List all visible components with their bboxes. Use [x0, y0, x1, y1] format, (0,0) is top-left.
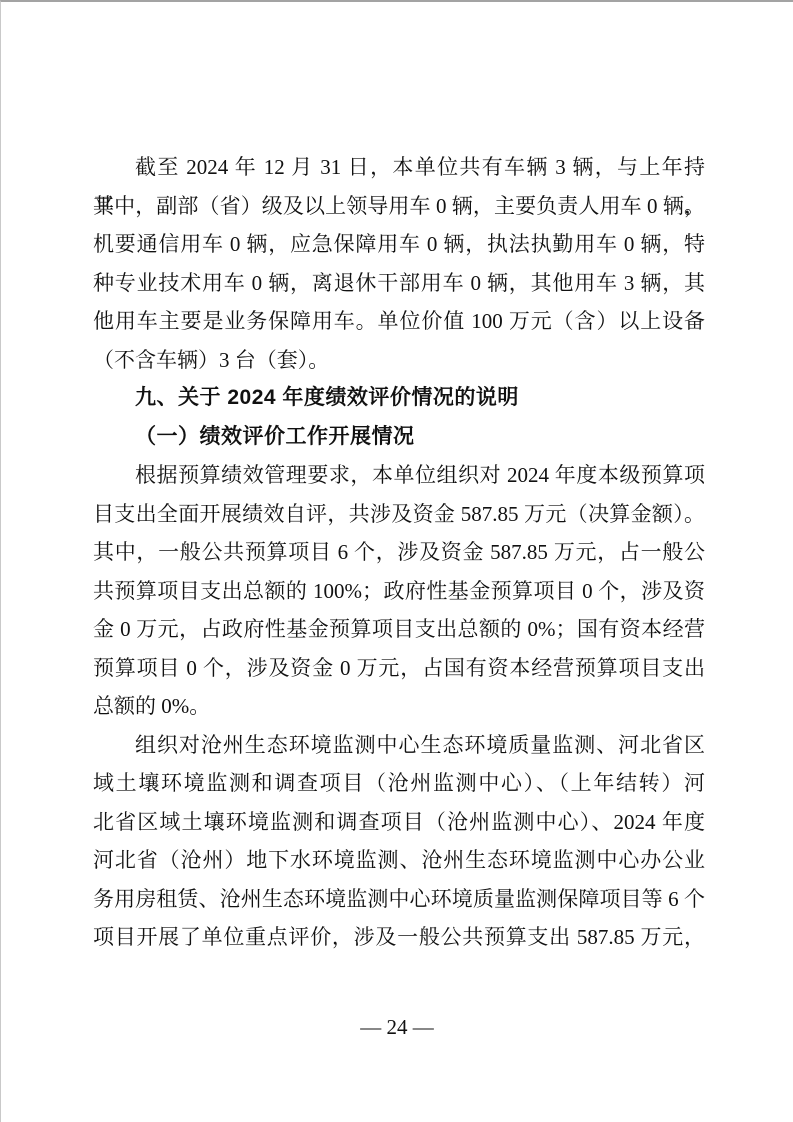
text-line: 他用车主要是业务保障用车。单位价值 100 万元（含）以上设备	[93, 302, 705, 341]
page-number: — 24 —	[360, 1015, 434, 1039]
text-line: 其中，一般公共预算项目 6 个，涉及资金 587.85 万元，占一般公	[93, 533, 705, 572]
text-line: 务用房租赁、沧州生态环境监测中心环境质量监测保障项目等 6 个	[93, 880, 705, 919]
text-line: 种专业技术用车 0 辆，离退休干部用车 0 辆，其他用车 3 辆，其	[93, 264, 705, 303]
para-vehicles-equipment: 截至 2024 年 12 月 31 日，本单位共有车辆 3 辆，与上年持平。其中…	[93, 148, 705, 379]
text-line: 域土壤环境监测和调查项目（沧州监测中心）、（上年结转）河	[93, 764, 705, 803]
text-line: 项目开展了单位重点评价，涉及一般公共预算支出 587.85 万元，	[93, 918, 705, 957]
text-line: 预算项目 0 个，涉及资金 0 万元，占国有资本经营预算项目支出	[93, 649, 705, 688]
text-line: 其中，副部（省）级及以上领导用车 0 辆，主要负责人用车 0 辆，	[93, 187, 705, 226]
text-line: 目支出全面开展绩效自评，共涉及资金 587.85 万元（决算金额）。	[93, 495, 705, 534]
text-line: 组织对沧州生态环境监测中心生态环境质量监测、河北省区	[93, 726, 705, 765]
text-line: 机要通信用车 0 辆，应急保障用车 0 辆，执法执勤用车 0 辆，特	[93, 225, 705, 264]
text-line: 金 0 万元，占政府性基金预算项目支出总额的 0%；国有资本经营	[93, 610, 705, 649]
text-line: 北省区域土壤环境监测和调查项目（沧州监测中心）、2024 年度	[93, 803, 705, 842]
para-key-evaluation-projects: 组织对沧州生态环境监测中心生态环境质量监测、河北省区域土壤环境监测和调查项目（沧…	[93, 726, 705, 957]
para-performance-self-evaluation: 根据预算绩效管理要求，本单位组织对 2024 年度本级预算项目支出全面开展绩效自…	[93, 456, 705, 726]
document-content: 截至 2024 年 12 月 31 日，本单位共有车辆 3 辆，与上年持平。其中…	[93, 148, 705, 957]
heading-section-nine: 九、关于 2024 年度绩效评价情况的说明	[93, 379, 705, 418]
text-line: 总额的 0%。	[93, 687, 705, 726]
heading-subsection-one: （一）绩效评价工作开展情况	[93, 418, 705, 457]
document-page: 截至 2024 年 12 月 31 日，本单位共有车辆 3 辆，与上年持平。其中…	[0, 0, 793, 1122]
text-line: 共预算项目支出总额的 100%；政府性基金预算项目 0 个，涉及资	[93, 572, 705, 611]
text-line: 河北省（沧州）地下水环境监测、沧州生态环境监测中心办公业	[93, 841, 705, 880]
text-line: （不含车辆）3 台（套）。	[93, 341, 705, 380]
text-line: 截至 2024 年 12 月 31 日，本单位共有车辆 3 辆，与上年持平。	[93, 148, 705, 187]
page-footer: — 24 —	[1, 1015, 793, 1040]
text-line: 根据预算绩效管理要求，本单位组织对 2024 年度本级预算项	[93, 456, 705, 495]
